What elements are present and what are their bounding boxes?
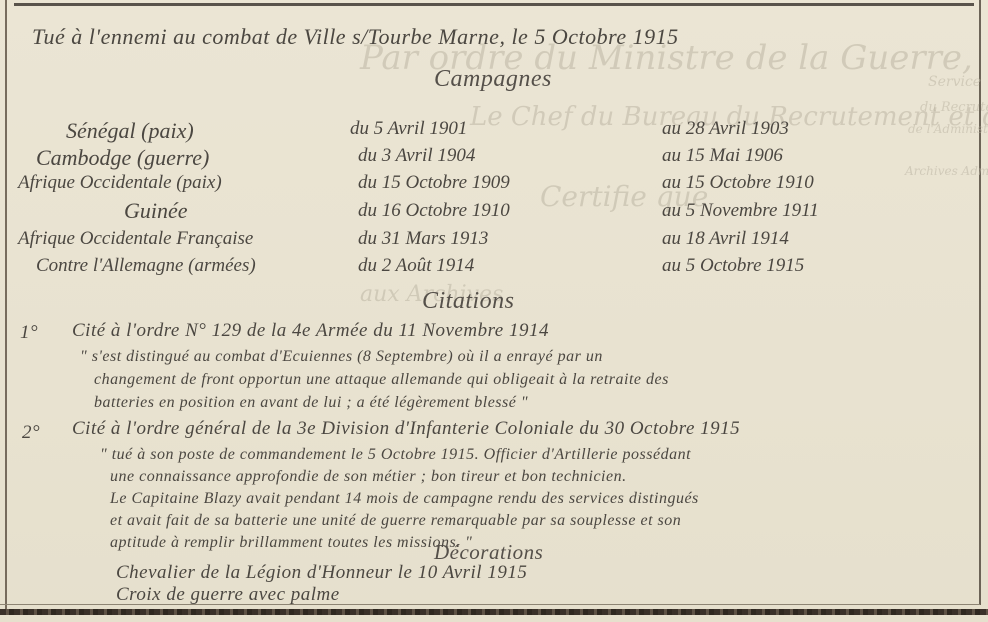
citation-text-line: batteries en position en avant de lui ; … — [94, 394, 528, 412]
citation-number: 1° — [20, 322, 38, 344]
campagne-from: du 3 Avril 1904 — [358, 145, 475, 167]
ghost-print-line: de l'Administration — [908, 122, 988, 136]
campagne-place: Cambodge (guerre) — [36, 145, 209, 171]
death-notice-line: Tué à l'ennemi au combat de Ville s/Tour… — [32, 24, 679, 50]
ghost-print-line: du Recrutement — [920, 100, 988, 115]
campagne-from: du 15 Octobre 1909 — [358, 172, 510, 194]
citation-heading: Cité à l'ordre N° 129 de la 4e Armée du … — [72, 320, 549, 342]
citation-text-line: une connaissance approfondie de son méti… — [110, 468, 627, 486]
left-border-rule — [5, 0, 7, 612]
citation-text-line: aptitude à remplir brillamment toutes le… — [110, 534, 472, 552]
campagne-from: du 16 Octobre 1910 — [358, 200, 510, 222]
top-border-rule — [14, 3, 974, 6]
campagne-place: Afrique Occidentale Française — [18, 228, 253, 250]
citation-text-line: " tué à son poste de commandement le 5 O… — [100, 446, 691, 464]
campagne-place: Guinée — [124, 198, 188, 224]
campagne-place: Contre l'Allemagne (armées) — [36, 255, 256, 277]
campagne-to: au 5 Octobre 1915 — [662, 255, 804, 277]
right-border-rule — [979, 0, 981, 605]
campagne-to: au 18 Avril 1914 — [662, 228, 789, 250]
campagne-to: au 15 Octobre 1910 — [662, 172, 814, 194]
campagne-place: Afrique Occidentale (paix) — [18, 172, 222, 194]
citation-heading: Cité à l'ordre général de la 3e Division… — [72, 418, 740, 440]
ghost-print-line: Archives Administratives — [905, 164, 988, 178]
decoration-item: Croix de guerre avec palme — [116, 584, 340, 606]
citation-text-line: changement de front opportun une attaque… — [94, 371, 669, 389]
citation-number: 2° — [22, 422, 40, 444]
document-page: Par ordre du Ministre de la Guerre, Le C… — [0, 0, 988, 622]
campagnes-heading: Campagnes — [434, 66, 552, 93]
ghost-print-line: Service — [928, 74, 981, 90]
citation-text-line: et avait fait de sa batterie une unité d… — [110, 512, 681, 530]
campagne-to: au 28 Avril 1903 — [662, 118, 789, 140]
campagne-from: du 31 Mars 1913 — [358, 228, 488, 250]
campagne-to: au 15 Mai 1906 — [662, 145, 783, 167]
campagne-to: au 5 Novembre 1911 — [662, 200, 819, 222]
citation-text-line: " s'est distingué au combat d'Ecuiennes … — [80, 348, 603, 366]
citation-text-line: Le Capitaine Blazy avait pendant 14 mois… — [110, 490, 699, 508]
campagne-from: du 2 Août 1914 — [358, 255, 474, 277]
decoration-item: Chevalier de la Légion d'Honneur le 10 A… — [116, 562, 527, 584]
citations-heading: Citations — [422, 288, 515, 315]
bottom-border-rule — [0, 609, 988, 615]
campagne-place: Sénégal (paix) — [66, 118, 194, 144]
campagne-from: du 5 Avril 1901 — [350, 118, 467, 140]
